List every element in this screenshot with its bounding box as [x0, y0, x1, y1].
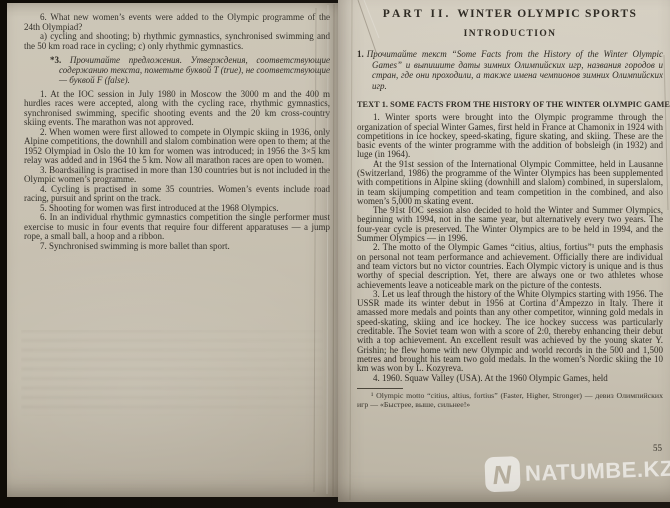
statement-3: 3. Boardsailing is practised in more tha…: [24, 166, 330, 185]
section-title: INTRODUCTION: [357, 30, 663, 39]
exercise-3: *3. Прочитайте предложения. Утверждения,…: [50, 55, 330, 86]
paragraph-5: 3. Let us leaf through the history of th…: [357, 290, 663, 374]
exercise-3-text: Прочитайте предложения. Утверждения, соо…: [59, 55, 330, 85]
statement-4: 4. Cycling is practised in some 35 count…: [24, 185, 330, 204]
left-page: 6. What new women’s events were added to…: [7, 3, 338, 497]
reverse-side-bleed-through: [21, 330, 323, 416]
question-6-options: a) cycling and shooting; b) rhythmic gym…: [24, 32, 330, 51]
watermark: N NATUMBE.KZ: [485, 451, 670, 493]
right-page-text: PART II.WINTER OLYMPIC SPORTS INTRODUCTI…: [357, 8, 663, 409]
statement-7: 7. Synchronised swimming is more ballet …: [24, 242, 330, 252]
paragraph-6: 4. 1960. Squaw Valley (USA). At the 1960…: [357, 374, 663, 383]
exercise-1-text: Прочитайте текст “Some Facts from the Hi…: [367, 49, 663, 90]
part-title-text: WINTER OLYMPIC SPORTS: [457, 8, 637, 20]
natumbe-logo-letter: N: [492, 461, 514, 488]
exercise-1: 1.Прочитайте текст “Some Facts from the …: [357, 49, 663, 91]
left-page-text: 6. What new women’s events were added to…: [24, 13, 330, 251]
book-photo: 6. What new women’s events were added to…: [0, 0, 670, 508]
statement-6: 6. In an individual rhythmic gymnastics …: [24, 213, 330, 242]
watermark-text: NATUMBE.KZ: [525, 455, 670, 486]
right-page: PART II.WINTER OLYMPIC SPORTS INTRODUCTI…: [338, 0, 670, 502]
paragraph-3: The 91st IOC session also decided to hol…: [357, 206, 663, 243]
exercise-1-number: 1.: [357, 49, 367, 59]
statement-2: 2. When women were first allowed to comp…: [24, 128, 330, 166]
question-6: 6. What new women’s events were added to…: [24, 13, 330, 32]
paragraph-2: At the 91st session of the International…: [357, 160, 663, 206]
part-title: PART II.WINTER OLYMPIC SPORTS: [357, 8, 663, 21]
statement-1: 1. At the IOC session in July 1980 in Mo…: [24, 90, 330, 128]
footnote: ¹ Olympic motto “citius, altius, fortius…: [357, 391, 663, 409]
part-label: PART II.: [383, 8, 452, 20]
natumbe-logo-icon: N: [485, 456, 521, 492]
paragraph-1: 1. Winter sports were brought into the O…: [357, 113, 663, 159]
exercise-3-number: *3.: [50, 55, 61, 65]
footnote-divider: [357, 388, 403, 389]
text-1-title: TEXT 1. SOME FACTS FROM THE HISTORY OF T…: [357, 100, 663, 109]
paragraph-4: 2. The motto of the Olympic Games “citiu…: [357, 243, 663, 289]
text-1-body: 1. Winter sports were brought into the O…: [357, 113, 663, 383]
